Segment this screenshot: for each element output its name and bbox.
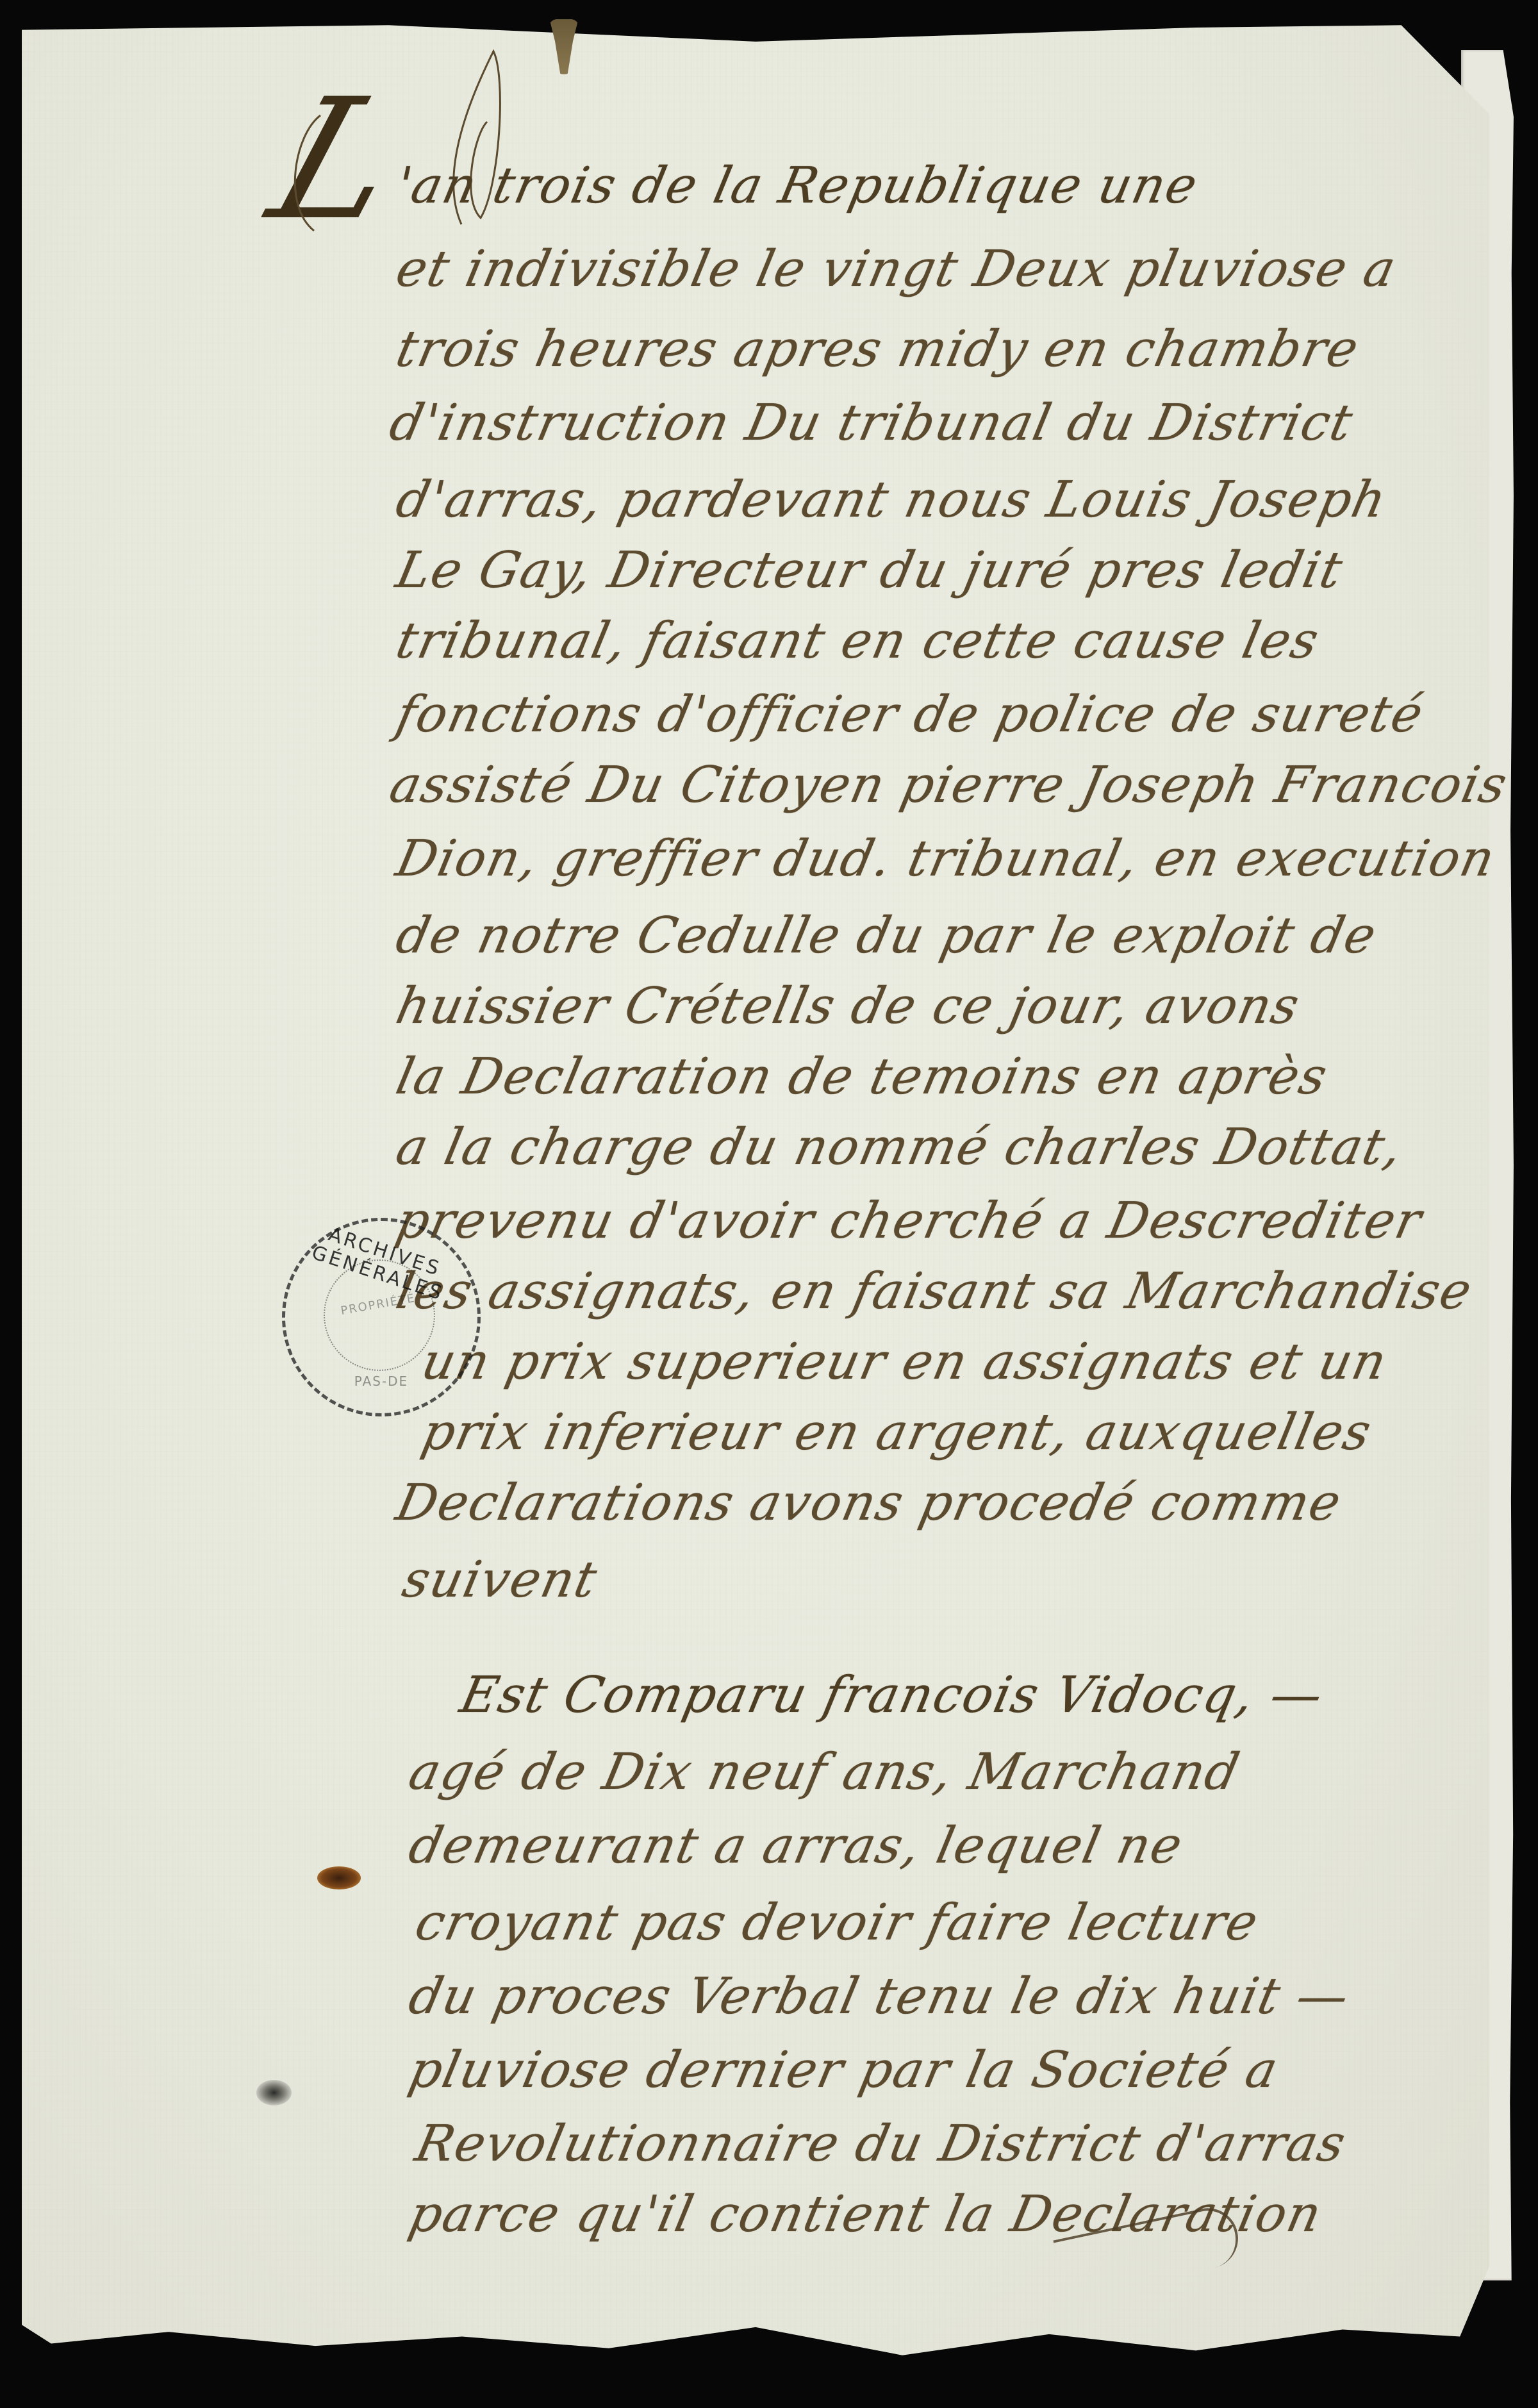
archive-stamp: ARCHIVES GÉNÉRALES PROPRIÉTÉ PAS-DE <box>282 1218 481 1416</box>
text-line: et indivisible le vingt Deux pluviose a <box>391 240 1402 298</box>
text-line: les assignats, en faisant sa Marchandise <box>391 1263 1477 1320</box>
text-line: d'instruction Du tribunal du District <box>384 394 1358 452</box>
text-line: 'an trois de la Republique une <box>391 157 1203 215</box>
text-line: Dion, greffier dud. tribunal, en executi… <box>391 830 1500 888</box>
text-line: de notre Cedulle du par le exploit de <box>391 907 1382 965</box>
text-line: Declarations avons procedé comme <box>391 1474 1346 1532</box>
wax-spot-mark <box>256 2080 292 2105</box>
text-line: un prix superieur en assignats et un <box>417 1333 1393 1391</box>
text-line: fonctions d'officier de police de sureté <box>391 686 1428 743</box>
text-line: Est Comparu francois Vidocq, — <box>455 1666 1328 1724</box>
text-line: trois heures apres midy en chambre <box>391 320 1364 378</box>
text-line: demeurant a arras, lequel ne <box>404 1817 1188 1875</box>
text-line: prix inferieur en argent, auxquelles <box>417 1404 1377 1461</box>
text-line: Le Gay, Directeur du juré pres ledit <box>391 542 1348 599</box>
text-line: suivent <box>397 1551 602 1609</box>
text-line: la Declaration de temoins en après <box>391 1048 1333 1106</box>
text-line: pluviose dernier par la Societé a <box>404 2041 1284 2099</box>
text-line: tribunal, faisant en cette cause les <box>391 612 1325 670</box>
text-line: huissier Crétells de ce jour, avons <box>391 977 1305 1035</box>
stamp-bottom-text: PAS-DE <box>330 1374 433 1389</box>
text-line: agé de Dix neuf ans, Marchand <box>404 1743 1245 1801</box>
text-line: a la charge du nommé charles Dottat, <box>391 1118 1408 1176</box>
text-line: assisté Du Citoyen pierre Joseph Francoi… <box>384 756 1512 814</box>
text-line: Revolutionnaire du District d'arras <box>410 2115 1351 2173</box>
decorated-initial: L <box>255 77 420 244</box>
text-line: croyant pas devoir faire lecture <box>410 1894 1264 1952</box>
rust-stain-mark <box>317 1866 361 1889</box>
text-line: d'arras, pardevant nous Louis Joseph <box>391 471 1392 529</box>
handwritten-text: L 'an trois de la Republique une et indi… <box>0 0 1538 2408</box>
text-line: prevenu d'avoir cherché a Descrediter <box>391 1192 1427 1250</box>
text-line: du proces Verbal tenu le dix huit — <box>404 1968 1355 2025</box>
